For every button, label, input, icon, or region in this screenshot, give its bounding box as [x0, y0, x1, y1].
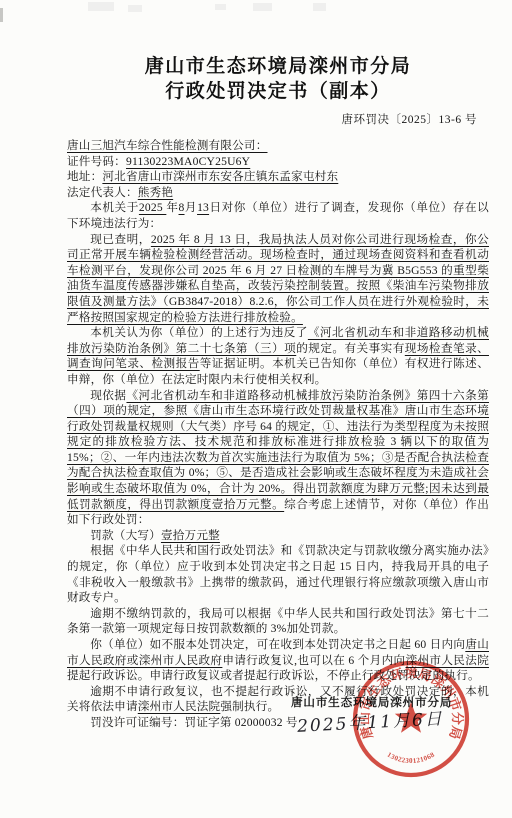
seal-star-icon: [395, 702, 427, 733]
doc-text: 年: [166, 201, 178, 214]
doc-text: 法定代表人：: [67, 186, 138, 199]
scan-artifact: [88, 2, 114, 11]
doc-text-underlined: 2025: [139, 201, 166, 214]
scan-artifact: [0, 8, 3, 22]
doc-text: 本机关于: [90, 201, 139, 214]
doc-paragraph: 逾期不缴纳罚款的，我局可以根据《中华人民共和国行政处罚法》第七十二条第一款第一项…: [67, 606, 489, 637]
doc-text: 罚款（大写）: [90, 529, 161, 542]
doc-text-underlined: 唐山三旭汽车综合性能检测有限公司：: [67, 139, 268, 152]
doc-text-underlined: 《河北省机动车和非道路移动机械排放污染防治条例》第四十六条第（四）项的规定，参照…: [67, 389, 489, 511]
doc-paragraph: 证件号码：91130223MA0CY25U6Y: [67, 154, 489, 170]
doc-text-underlined: 河北省唐山市滦州市东安各庄镇东孟家屯村东: [102, 170, 338, 183]
scan-artifact: [215, 4, 226, 10]
doc-text: 强制执行。: [220, 700, 279, 713]
doc-text: 现依据: [90, 389, 126, 402]
doc-text: 地址：: [67, 170, 102, 183]
doc-text-underlined: 壹拾万元整: [161, 529, 220, 542]
doc-text: 现已查明，: [90, 233, 151, 246]
doc-text-underlined: 熊秀艳: [138, 186, 173, 199]
doc-paragraph: 本机关于2025 年8月13日对你（单位）进行了调查，发现你（单位）存在以下环境…: [67, 200, 489, 231]
doc-paragraph: 本机关认为你（单位）的上述行为违反了《河北省机动车和非道路移动机械排放污染防治条…: [67, 325, 489, 387]
doc-text: 的规定。有关事实有: [296, 342, 405, 355]
doc-text-underlined: 滦州市人民法院: [138, 700, 221, 713]
scan-artifact: [313, 3, 326, 11]
seal-code: 1302230121068: [386, 751, 437, 765]
scan-artifact: [253, 3, 272, 11]
doc-paragraph: 现已查明，2025 年 8 月 13 日，我局执法人员对你公司进行现场检查，你公…: [67, 232, 489, 326]
doc-text: 根据《中华人民共和国行政处罚法》和《罚款决定与罚款收缴分离实施办法》的规定，你（…: [67, 544, 489, 604]
doc-text: 逾期不缴纳罚款的，我局可以根据《中华人民共和国行政处罚法》第七十二条第一款第一项…: [67, 607, 489, 636]
doc-paragraph: 现依据《河北省机动车和非道路移动机械排放污染防治条例》第四十六条第（四）项的规定…: [67, 388, 489, 528]
doc-text: 月: [185, 201, 198, 214]
doc-text: 罚没许可证编号：罚证字第 02000032 号: [90, 716, 298, 729]
official-seal: 唐山市生态环境局滦州市分局 1302230121068: [341, 649, 481, 789]
doc-text-underlined: 2025 年 8 月 13 日，我局执法人员对你公司进行现场检查，你公司正常开展…: [67, 233, 489, 324]
doc-title-line2: 行政处罚决定书（副本）: [67, 79, 489, 104]
scan-artifact: [128, 5, 142, 12]
doc-text-underlined: 13: [197, 201, 209, 214]
doc-paragraph: 地址：河北省唐山市滦州市东安各庄镇东孟家屯村东: [67, 169, 489, 185]
doc-paragraph: 根据《中华人民共和国行政处罚法》和《罚款决定与罚款收缴分离实施办法》的规定，你（…: [67, 543, 489, 605]
doc-paragraph: 罚款（大写）壹拾万元整: [67, 528, 489, 544]
document-content: 唐山市生态环境局滦州市分局 行政处罚决定书（副本） 唐环罚决〔2025〕13-6…: [67, 54, 489, 731]
doc-title-line1: 唐山市生态环境局滦州市分局: [67, 54, 489, 79]
doc-text-underlined: 91130223MA0CY25U6Y: [126, 155, 250, 168]
doc-paragraph: 唐山三旭汽车综合性能检测有限公司：: [67, 138, 489, 154]
doc-paragraph: 法定代表人：熊秀艳: [67, 185, 489, 201]
doc-text: 本机关认为你（单位）的上述行为违反了: [90, 326, 308, 339]
document-page: 唐山市生态环境局滦州市分局 行政处罚决定书（副本） 唐环罚决〔2025〕13-6…: [0, 0, 512, 818]
doc-body: 唐山三旭汽车综合性能检测有限公司：证件号码：91130223MA0CY25U6Y…: [67, 138, 489, 731]
doc-text: 证件号码：: [67, 155, 126, 168]
doc-number: 唐环罚决〔2025〕13-6 号: [67, 111, 477, 127]
